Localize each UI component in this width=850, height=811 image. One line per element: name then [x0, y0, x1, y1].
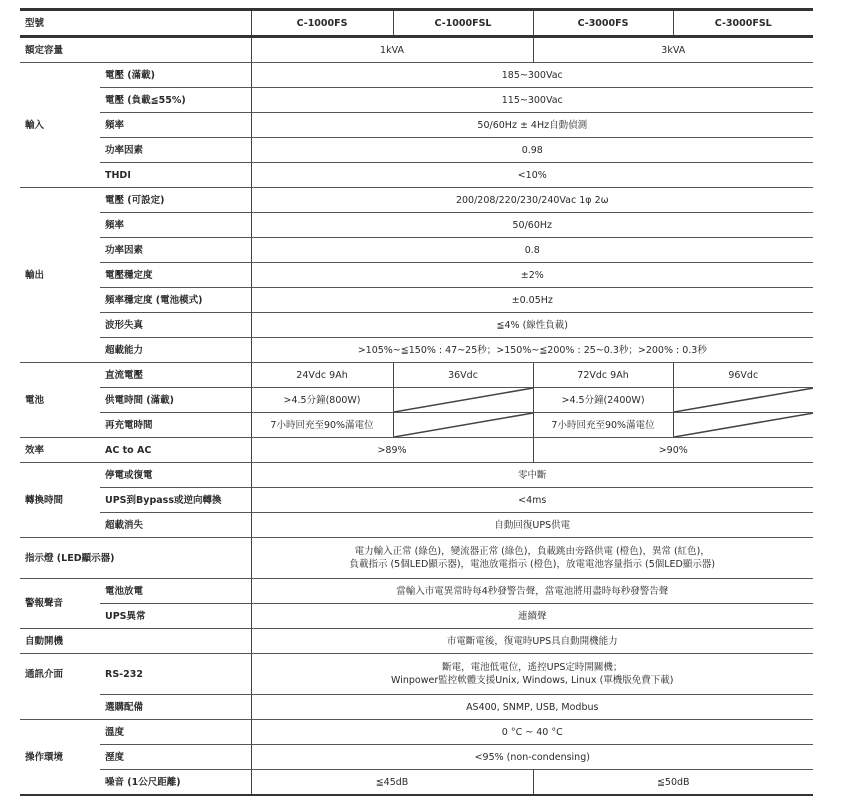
alarm-group-label: 警報聲音	[20, 579, 100, 629]
env-temperature-label: 溫度	[100, 720, 251, 745]
capacity-label: 額定容量	[20, 37, 251, 63]
env-noise-3kva: ≦50dB	[533, 770, 813, 796]
output-distortion-value: ≦4% (線性負載)	[251, 313, 813, 338]
output-row: 電壓穩定度 ±2%	[20, 263, 813, 288]
battery-runtime-c3000fs: >4.5分鐘(2400W)	[533, 388, 673, 413]
env-humidity-label: 溼度	[100, 745, 251, 770]
output-row: 頻率穩定度 (電池模式) ±0.05Hz	[20, 288, 813, 313]
input-thdi-value: <10%	[251, 163, 813, 188]
output-row: 波形失真 ≦4% (線性負載)	[20, 313, 813, 338]
led-value-line1: 電力輸入正常 (綠色)，變流器正常 (綠色)，負載跳由旁路供電 (橙色)，異常 …	[252, 545, 814, 558]
comm-group-label: 通訊介面	[20, 654, 100, 720]
output-frequency-label: 頻率	[100, 213, 251, 238]
output-frequency-stability-value: ±0.05Hz	[251, 288, 813, 313]
output-row: 頻率 50/60Hz	[20, 213, 813, 238]
model-label: 型號	[20, 10, 251, 37]
input-power-factor-label: 功率因素	[100, 138, 251, 163]
header-row: 型號 C-1000FS C-1000FSL C-3000FS C-3000FSL	[20, 10, 813, 37]
comm-rs232-label: RS-232	[100, 654, 251, 695]
efficiency-3kva: >90%	[533, 438, 813, 463]
battery-dc-c3000fsl: 96Vdc	[673, 363, 813, 388]
capacity-row: 額定容量 1kVA 3kVA	[20, 37, 813, 63]
input-voltage-full-value: 185~300Vac	[251, 63, 813, 88]
led-value-line2: 負載指示 (5個LED顯示器)，電池放電指示 (橙色)，放電電池容量指示 (5個…	[252, 558, 814, 571]
diagonal-slash-icon	[674, 413, 814, 437]
alarm-row: 警報聲音 電池放電 當輸入市電異常時每4秒發警告聲，當電池將用盡時每秒發警告聲	[20, 579, 813, 604]
alarm-ups-fault-label: UPS異常	[100, 604, 251, 629]
env-humidity-value: <95% (non-condensing)	[251, 745, 813, 770]
led-value: 電力輸入正常 (綠色)，變流器正常 (綠色)，負載跳由旁路供電 (橙色)，異常 …	[251, 538, 813, 579]
output-row: 輸出 電壓 (可設定) 200/208/220/230/240Vac 1φ 2ω	[20, 188, 813, 213]
input-power-factor-value: 0.98	[251, 138, 813, 163]
input-row: 頻率 50/60Hz ± 4Hz自動偵測	[20, 113, 813, 138]
env-temperature-value: 0 °C ~ 40 °C	[251, 720, 813, 745]
model-c3000fsl: C-3000FSL	[673, 10, 813, 37]
diagonal-slash-icon	[674, 388, 814, 412]
battery-recharge-c3000fsl-na	[673, 413, 813, 438]
battery-runtime-c1000fs: >4.5分鐘(800W)	[251, 388, 393, 413]
battery-dc-c1000fs: 24Vdc 9Ah	[251, 363, 393, 388]
input-voltage-55-label: 電壓 (負載≦55%)	[100, 88, 251, 113]
input-row: THDI <10%	[20, 163, 813, 188]
battery-recharge-c3000fs: 7小時回充至90%滿電位	[533, 413, 673, 438]
efficiency-label: 效率	[20, 438, 100, 463]
model-c1000fsl: C-1000FSL	[393, 10, 533, 37]
environment-row: 操作環境 溫度 0 °C ~ 40 °C	[20, 720, 813, 745]
model-c3000fs: C-3000FS	[533, 10, 673, 37]
output-power-factor-label: 功率因素	[100, 238, 251, 263]
input-frequency-value: 50/60Hz ± 4Hz自動偵測	[251, 113, 813, 138]
input-frequency-label: 頻率	[100, 113, 251, 138]
efficiency-1kva: >89%	[251, 438, 533, 463]
led-row: 指示燈 (LED顯示器) 電力輸入正常 (綠色)，變流器正常 (綠色)，負載跳由…	[20, 538, 813, 579]
battery-row: 電池 直流電壓 24Vdc 9Ah 36Vdc 72Vdc 9Ah 96Vdc	[20, 363, 813, 388]
output-voltage-stability-label: 電壓穩定度	[100, 263, 251, 288]
output-overload-value: >105%~≦150% : 47~25秒；>150%~≦200% : 25~0.…	[251, 338, 813, 363]
battery-dc-c1000fsl: 36Vdc	[393, 363, 533, 388]
comm-rs232-line2: Winpower監控軟體支援Unix, Windows, Linux (單機版免…	[252, 674, 814, 687]
transfer-row: UPS到Bypass或逆向轉換 <4ms	[20, 488, 813, 513]
alarm-battery-value: 當輸入市電異常時每4秒發警告聲，當電池將用盡時每秒發警告聲	[251, 579, 813, 604]
output-distortion-label: 波形失真	[100, 313, 251, 338]
battery-recharge-c1000fs: 7小時回充至90%滿電位	[251, 413, 393, 438]
battery-runtime-label: 供電時間 (滿載)	[100, 388, 251, 413]
output-group-label: 輸出	[20, 188, 100, 363]
alarm-battery-label: 電池放電	[100, 579, 251, 604]
capacity-3kva: 3kVA	[533, 37, 813, 63]
capacity-1kva: 1kVA	[251, 37, 533, 63]
transfer-outage-value: 零中斷	[251, 463, 813, 488]
input-voltage-55-value: 115~300Vac	[251, 88, 813, 113]
comm-rs232-line1: 斷電，電池低電位，遙控UPS定時開關機；	[252, 661, 814, 674]
model-c1000fs: C-1000FS	[251, 10, 393, 37]
transfer-outage-label: 停電或復電	[100, 463, 251, 488]
transfer-row: 超載消失 自動回復UPS供電	[20, 513, 813, 538]
battery-row: 再充電時間 7小時回充至90%滿電位 7小時回充至90%滿電位	[20, 413, 813, 438]
env-noise-1kva: ≦45dB	[251, 770, 533, 796]
auto-start-row: 自動開機 市電斷電後，復電時UPS具自動開機能力	[20, 629, 813, 654]
transfer-row: 轉換時間 停電或復電 零中斷	[20, 463, 813, 488]
output-voltage-stability-value: ±2%	[251, 263, 813, 288]
diagonal-slash-icon	[394, 388, 533, 412]
alarm-ups-fault-value: 連續聲	[251, 604, 813, 629]
input-group-label: 輸入	[20, 63, 100, 188]
output-voltage-label: 電壓 (可設定)	[100, 188, 251, 213]
output-row: 超載能力 >105%~≦150% : 47~25秒；>150%~≦200% : …	[20, 338, 813, 363]
comm-options-value: AS400, SNMP, USB, Modbus	[251, 695, 813, 720]
input-row: 功率因素 0.98	[20, 138, 813, 163]
output-voltage-value: 200/208/220/230/240Vac 1φ 2ω	[251, 188, 813, 213]
efficiency-row: 效率 AC to AC >89% >90%	[20, 438, 813, 463]
transfer-group-label: 轉換時間	[20, 463, 100, 538]
battery-runtime-c1000fsl-na	[393, 388, 533, 413]
transfer-bypass-label: UPS到Bypass或逆向轉換	[100, 488, 251, 513]
auto-start-label: 自動開機	[20, 629, 251, 654]
transfer-overload-clear-label: 超載消失	[100, 513, 251, 538]
battery-recharge-c1000fsl-na	[393, 413, 533, 438]
battery-dc-voltage-label: 直流電壓	[100, 363, 251, 388]
input-thdi-label: THDI	[100, 163, 251, 188]
led-label: 指示燈 (LED顯示器)	[20, 538, 251, 579]
alarm-row: UPS異常 連續聲	[20, 604, 813, 629]
environment-row: 溼度 <95% (non-condensing)	[20, 745, 813, 770]
input-voltage-full-label: 電壓 (滿載)	[100, 63, 251, 88]
auto-start-value: 市電斷電後，復電時UPS具自動開機能力	[251, 629, 813, 654]
diagonal-slash-icon	[394, 413, 533, 437]
comm-row: 通訊介面 RS-232 斷電，電池低電位，遙控UPS定時開關機； Winpowe…	[20, 654, 813, 695]
battery-dc-c3000fs: 72Vdc 9Ah	[533, 363, 673, 388]
output-power-factor-value: 0.8	[251, 238, 813, 263]
battery-runtime-c3000fsl-na	[673, 388, 813, 413]
input-row: 電壓 (負載≦55%) 115~300Vac	[20, 88, 813, 113]
output-overload-label: 超載能力	[100, 338, 251, 363]
comm-rs232-value: 斷電，電池低電位，遙控UPS定時開關機； Winpower監控軟體支援Unix,…	[251, 654, 813, 695]
battery-recharge-label: 再充電時間	[100, 413, 251, 438]
input-row: 輸入 電壓 (滿載) 185~300Vac	[20, 63, 813, 88]
ups-spec-table: 型號 C-1000FS C-1000FSL C-3000FS C-3000FSL…	[20, 8, 813, 796]
environment-row: 噪音 (1公尺距離) ≦45dB ≦50dB	[20, 770, 813, 796]
output-frequency-stability-label: 頻率穩定度 (電池模式)	[100, 288, 251, 313]
comm-row: 選購配備 AS400, SNMP, USB, Modbus	[20, 695, 813, 720]
comm-options-label: 選購配備	[100, 695, 251, 720]
battery-group-label: 電池	[20, 363, 100, 438]
efficiency-sub-label: AC to AC	[100, 438, 251, 463]
transfer-overload-clear-value: 自動回復UPS供電	[251, 513, 813, 538]
transfer-bypass-value: <4ms	[251, 488, 813, 513]
env-noise-label: 噪音 (1公尺距離)	[100, 770, 251, 796]
battery-row: 供電時間 (滿載) >4.5分鐘(800W) >4.5分鐘(2400W)	[20, 388, 813, 413]
output-frequency-value: 50/60Hz	[251, 213, 813, 238]
output-row: 功率因素 0.8	[20, 238, 813, 263]
environment-group-label: 操作環境	[20, 720, 100, 796]
